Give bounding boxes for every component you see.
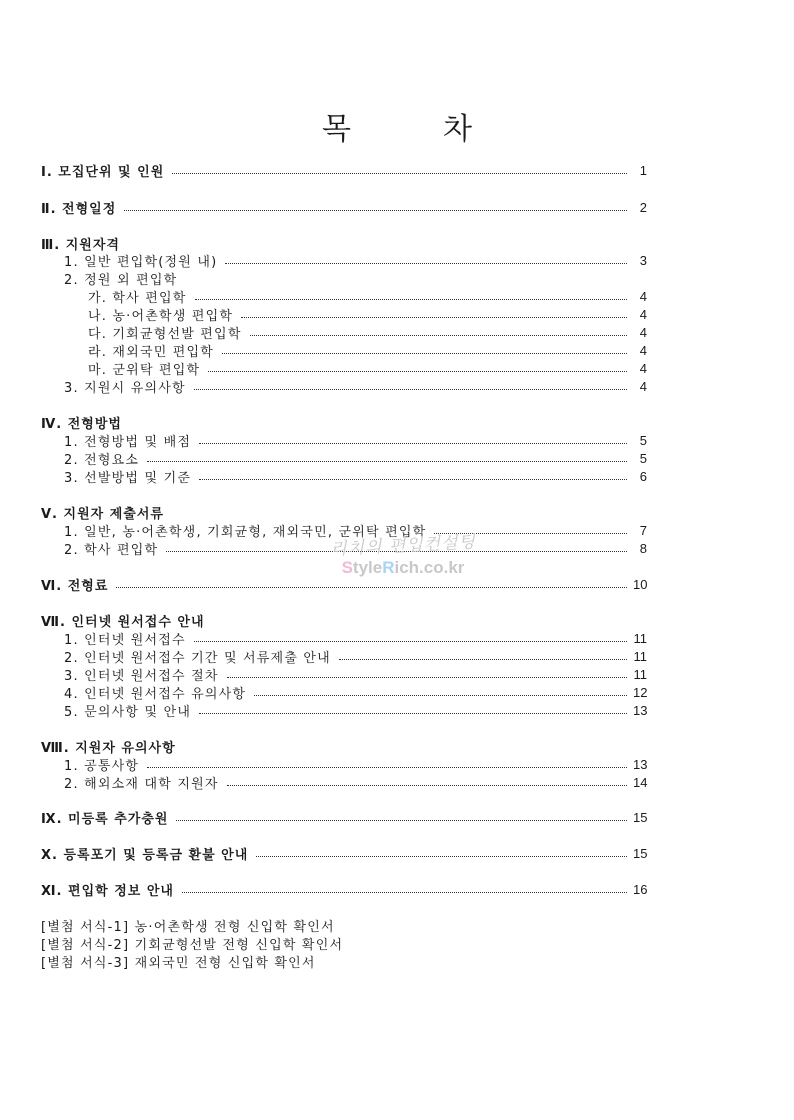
toc-page-number: 4 xyxy=(633,343,647,358)
toc-page-number: 11 xyxy=(633,631,647,646)
toc-page-number: 11 xyxy=(633,667,647,682)
toc-label: 5. 문의사항 및 안내 xyxy=(64,701,191,720)
toc-label: 라. 재외국민 편입학 xyxy=(88,341,214,360)
dotted-leader xyxy=(124,210,627,211)
toc-label: 4. 인터넷 원서접수 유의사항 xyxy=(64,683,246,702)
toc-label: 1. 일반, 농·어촌학생, 기회균형, 재외국민, 군위탁 편입학 xyxy=(64,521,426,540)
dotted-leader xyxy=(254,695,627,696)
toc-section[interactable]: Ⅺ. 편입학 정보 안내16 xyxy=(0,880,794,898)
toc-label: 1. 전형방법 및 배점 xyxy=(64,431,191,450)
toc-entry[interactable]: 1. 공통사항13 xyxy=(0,755,794,773)
toc-label: 나. 농·어촌학생 편입학 xyxy=(88,305,233,324)
toc-entry[interactable]: 4. 인터넷 원서접수 유의사항12 xyxy=(0,683,794,701)
toc-page-number: 11 xyxy=(633,649,647,664)
toc-label: 3. 지원시 유의사항 xyxy=(64,377,186,396)
toc-label: 1. 일반 편입학(정원 내) xyxy=(64,251,217,270)
dotted-leader xyxy=(147,461,627,462)
dotted-leader xyxy=(176,820,627,821)
dotted-leader xyxy=(199,443,627,444)
dotted-leader xyxy=(256,856,627,857)
toc-entry[interactable]: 2. 해외소재 대학 지원자14 xyxy=(0,773,794,791)
toc-label: 1. 공통사항 xyxy=(64,755,139,774)
toc-section[interactable]: Ⅰ. 모집단위 및 인원1 xyxy=(0,161,794,179)
toc-page-number: 13 xyxy=(633,703,647,718)
dotted-leader xyxy=(147,767,627,768)
toc-page-number: 14 xyxy=(633,775,647,790)
dotted-leader xyxy=(434,533,627,534)
toc-entry[interactable]: 가. 학사 편입학4 xyxy=(0,287,794,305)
toc-label: Ⅷ. 지원자 유의사항 xyxy=(41,737,176,756)
toc-page-number: 16 xyxy=(633,882,647,897)
dotted-leader xyxy=(225,263,627,264)
dotted-leader xyxy=(227,677,627,678)
toc-label: Ⅸ. 미등록 추가충원 xyxy=(41,808,168,827)
toc-label: Ⅶ. 인터넷 원서접수 안내 xyxy=(41,611,205,630)
annex-item[interactable]: [별첨 서식-2] 기회균형선발 전형 신입학 확인서 xyxy=(41,934,343,953)
toc-label: 2. 학사 편입학 xyxy=(64,539,158,558)
dotted-leader xyxy=(241,317,627,318)
toc-label: 2. 해외소재 대학 지원자 xyxy=(64,773,219,792)
toc-label: Ⅹ. 등록포기 및 등록금 환불 안내 xyxy=(41,844,248,863)
toc-label: 1. 인터넷 원서접수 xyxy=(64,629,186,648)
toc-page-number: 5 xyxy=(633,433,647,448)
dotted-leader xyxy=(194,389,627,390)
toc-page-number: 4 xyxy=(633,325,647,340)
title-char-1: 목 xyxy=(322,104,351,148)
toc-entry[interactable]: 1. 일반, 농·어촌학생, 기회균형, 재외국민, 군위탁 편입학7 xyxy=(0,521,794,539)
toc-entry[interactable]: 2. 정원 외 편입학 xyxy=(0,269,794,287)
toc-section[interactable]: Ⅵ. 전형료10 xyxy=(0,575,794,593)
page-title: 목차 xyxy=(0,104,794,148)
toc-label: Ⅵ. 전형료 xyxy=(41,575,108,594)
toc-label: 3. 인터넷 원서접수 절차 xyxy=(64,665,219,684)
toc-page-number: 15 xyxy=(633,846,647,861)
toc-entry[interactable]: 3. 지원시 유의사항4 xyxy=(0,377,794,395)
dotted-leader xyxy=(339,659,627,660)
toc-entry[interactable]: 마. 군위탁 편입학4 xyxy=(0,359,794,377)
toc-page-number: 4 xyxy=(633,379,647,394)
toc-page-number: 4 xyxy=(633,307,647,322)
toc-section[interactable]: Ⅹ. 등록포기 및 등록금 환불 안내15 xyxy=(0,844,794,862)
toc-page-number: 12 xyxy=(633,685,647,700)
toc-section[interactable]: Ⅲ. 지원자격 xyxy=(0,234,794,252)
toc-label: 다. 기회균형선발 편입학 xyxy=(88,323,242,342)
dotted-leader xyxy=(227,785,627,786)
dotted-leader xyxy=(195,299,627,300)
toc-page-number: 4 xyxy=(633,289,647,304)
dotted-leader xyxy=(222,353,627,354)
dotted-leader xyxy=(199,713,627,714)
toc-entry[interactable]: 1. 일반 편입학(정원 내)3 xyxy=(0,251,794,269)
toc-entry[interactable]: 2. 전형요소5 xyxy=(0,449,794,467)
toc-page-number: 10 xyxy=(633,577,647,592)
toc-label: 2. 전형요소 xyxy=(64,449,139,468)
toc-entry[interactable]: 2. 학사 편입학8 xyxy=(0,539,794,557)
toc-label: Ⅳ. 전형방법 xyxy=(41,413,122,432)
toc-page-number: 5 xyxy=(633,451,647,466)
toc-entry[interactable]: 2. 인터넷 원서접수 기간 및 서류제출 안내11 xyxy=(0,647,794,665)
toc-label: Ⅴ. 지원자 제출서류 xyxy=(41,503,164,522)
toc-page-number: 2 xyxy=(633,200,647,215)
toc-entry[interactable]: 5. 문의사항 및 안내13 xyxy=(0,701,794,719)
dotted-leader xyxy=(199,479,627,480)
toc-entry[interactable]: 3. 선발방법 및 기준6 xyxy=(0,467,794,485)
dotted-leader xyxy=(182,892,627,893)
toc-section[interactable]: Ⅶ. 인터넷 원서접수 안내 xyxy=(0,611,794,629)
dotted-leader xyxy=(116,587,627,588)
toc-section[interactable]: Ⅷ. 지원자 유의사항 xyxy=(0,737,794,755)
dotted-leader xyxy=(172,173,627,174)
toc-entry[interactable]: 1. 전형방법 및 배점5 xyxy=(0,431,794,449)
toc-entry[interactable]: 라. 재외국민 편입학4 xyxy=(0,341,794,359)
toc-label: Ⅱ. 전형일정 xyxy=(41,198,116,217)
dotted-leader xyxy=(166,551,627,552)
dotted-leader xyxy=(250,335,627,336)
dotted-leader xyxy=(194,641,627,642)
toc-page-number: 13 xyxy=(633,757,647,772)
toc-page-number: 1 xyxy=(633,163,647,178)
toc-page-number: 7 xyxy=(633,523,647,538)
toc-label: 2. 정원 외 편입학 xyxy=(64,269,177,288)
annex-item[interactable]: [별첨 서식-3] 재외국민 전형 신입학 확인서 xyxy=(41,952,316,971)
toc-label: 가. 학사 편입학 xyxy=(88,287,187,306)
toc-entry[interactable]: 1. 인터넷 원서접수11 xyxy=(0,629,794,647)
annex-item[interactable]: [별첨 서식-1] 농·어촌학생 전형 신입학 확인서 xyxy=(41,916,335,935)
toc-label: 마. 군위탁 편입학 xyxy=(88,359,200,378)
toc-label: 3. 선발방법 및 기준 xyxy=(64,467,191,486)
toc-page-number: 15 xyxy=(633,810,647,825)
title-char-2: 차 xyxy=(443,104,472,148)
toc-section[interactable]: Ⅱ. 전형일정2 xyxy=(0,198,794,216)
toc-entry[interactable]: 다. 기회균형선발 편입학4 xyxy=(0,323,794,341)
dotted-leader xyxy=(208,371,627,372)
toc-section[interactable]: Ⅸ. 미등록 추가충원15 xyxy=(0,808,794,826)
toc-label: 2. 인터넷 원서접수 기간 및 서류제출 안내 xyxy=(64,647,331,666)
toc-page-number: 6 xyxy=(633,469,647,484)
toc-label: Ⅺ. 편입학 정보 안내 xyxy=(41,880,174,899)
toc-section[interactable]: Ⅳ. 전형방법 xyxy=(0,413,794,431)
toc-page-number: 8 xyxy=(633,541,647,556)
toc-section[interactable]: Ⅴ. 지원자 제출서류 xyxy=(0,503,794,521)
toc-entry[interactable]: 3. 인터넷 원서접수 절차11 xyxy=(0,665,794,683)
toc-entry[interactable]: 나. 농·어촌학생 편입학4 xyxy=(0,305,794,323)
toc-page-number: 3 xyxy=(633,253,647,268)
toc-page-number: 4 xyxy=(633,361,647,376)
toc-label: Ⅰ. 모집단위 및 인원 xyxy=(41,161,164,180)
